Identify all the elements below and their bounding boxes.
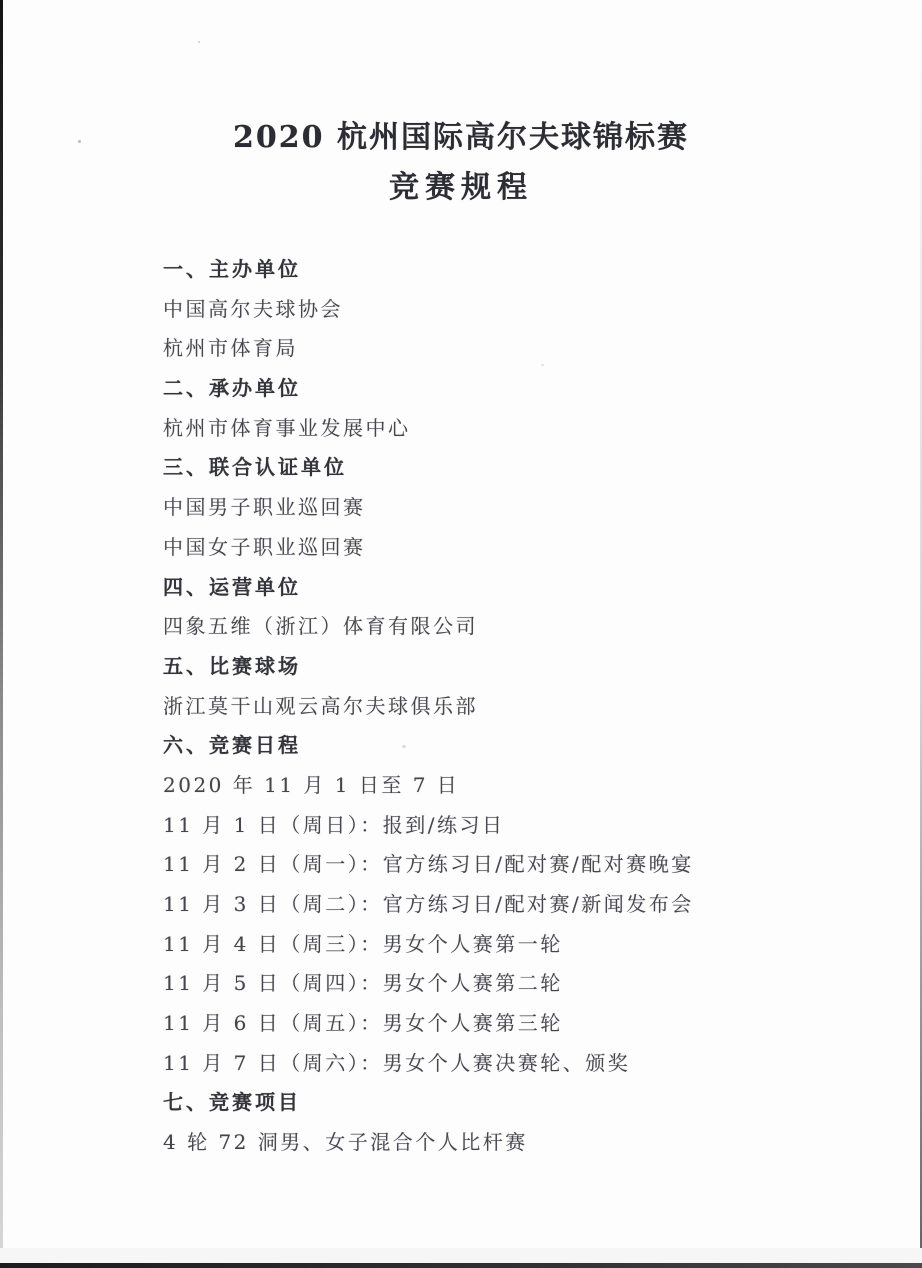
text-line: 中国高尔夫球协会 [163,290,863,330]
text-line: 11 月 1 日（周日）：报到/练习日 [163,806,863,846]
text-line: 11 月 5 日（周四）：男女个人赛第二轮 [163,964,863,1004]
section-heading: 二、承办单位 [163,369,863,409]
document-title-block: 2020 杭州国际高尔夫球锦标赛 竞赛规程 [0,120,922,206]
text-line: 11 月 7 日（周六）：男女个人赛决赛轮、颁奖 [163,1044,863,1084]
text-line: 中国女子职业巡回赛 [163,528,863,568]
section-heading: 六、竞赛日程 [163,726,863,766]
text-line: 2020 年 11 月 1 日至 7 日 [163,766,863,806]
scan-speck [198,41,200,43]
text-line: 杭州市体育事业发展中心 [163,409,863,449]
text-line: 11 月 3 日（周二）：官方练习日/配对赛/新闻发布会 [163,885,863,925]
text-line: 杭州市体育局 [163,329,863,369]
text-line: 11 月 2 日（周一）：官方练习日/配对赛/配对赛晚宴 [163,845,863,885]
document-title: 2020 杭州国际高尔夫球锦标赛 [0,120,922,156]
scan-bottom-shadow [0,1248,922,1263]
text-line: 11 月 6 日（周五）：男女个人赛第三轮 [163,1004,863,1044]
text-line: 11 月 4 日（周三）：男女个人赛第一轮 [163,925,863,965]
text-line: 四象五维（浙江）体育有限公司 [163,607,863,647]
text-line: 中国男子职业巡回赛 [163,488,863,528]
scan-bottom-edge [0,1263,922,1268]
section-heading: 三、联合认证单位 [163,448,863,488]
document-subtitle: 竞赛规程 [0,170,922,206]
section-heading: 四、运营单位 [163,568,863,608]
section-heading: 一、主办单位 [163,250,863,290]
scanned-document-page: 2020 杭州国际高尔夫球锦标赛 竞赛规程 一、主办单位中国高尔夫球协会杭州市体… [0,0,922,1268]
section-heading: 七、竞赛项目 [163,1083,863,1123]
document-body: 一、主办单位中国高尔夫球协会杭州市体育局二、承办单位杭州市体育事业发展中心三、联… [163,250,863,1163]
text-line: 4 轮 72 洞男、女子混合个人比杆赛 [163,1123,863,1163]
section-heading: 五、比赛球场 [163,647,863,687]
text-line: 浙江莫干山观云高尔夫球俱乐部 [163,687,863,727]
